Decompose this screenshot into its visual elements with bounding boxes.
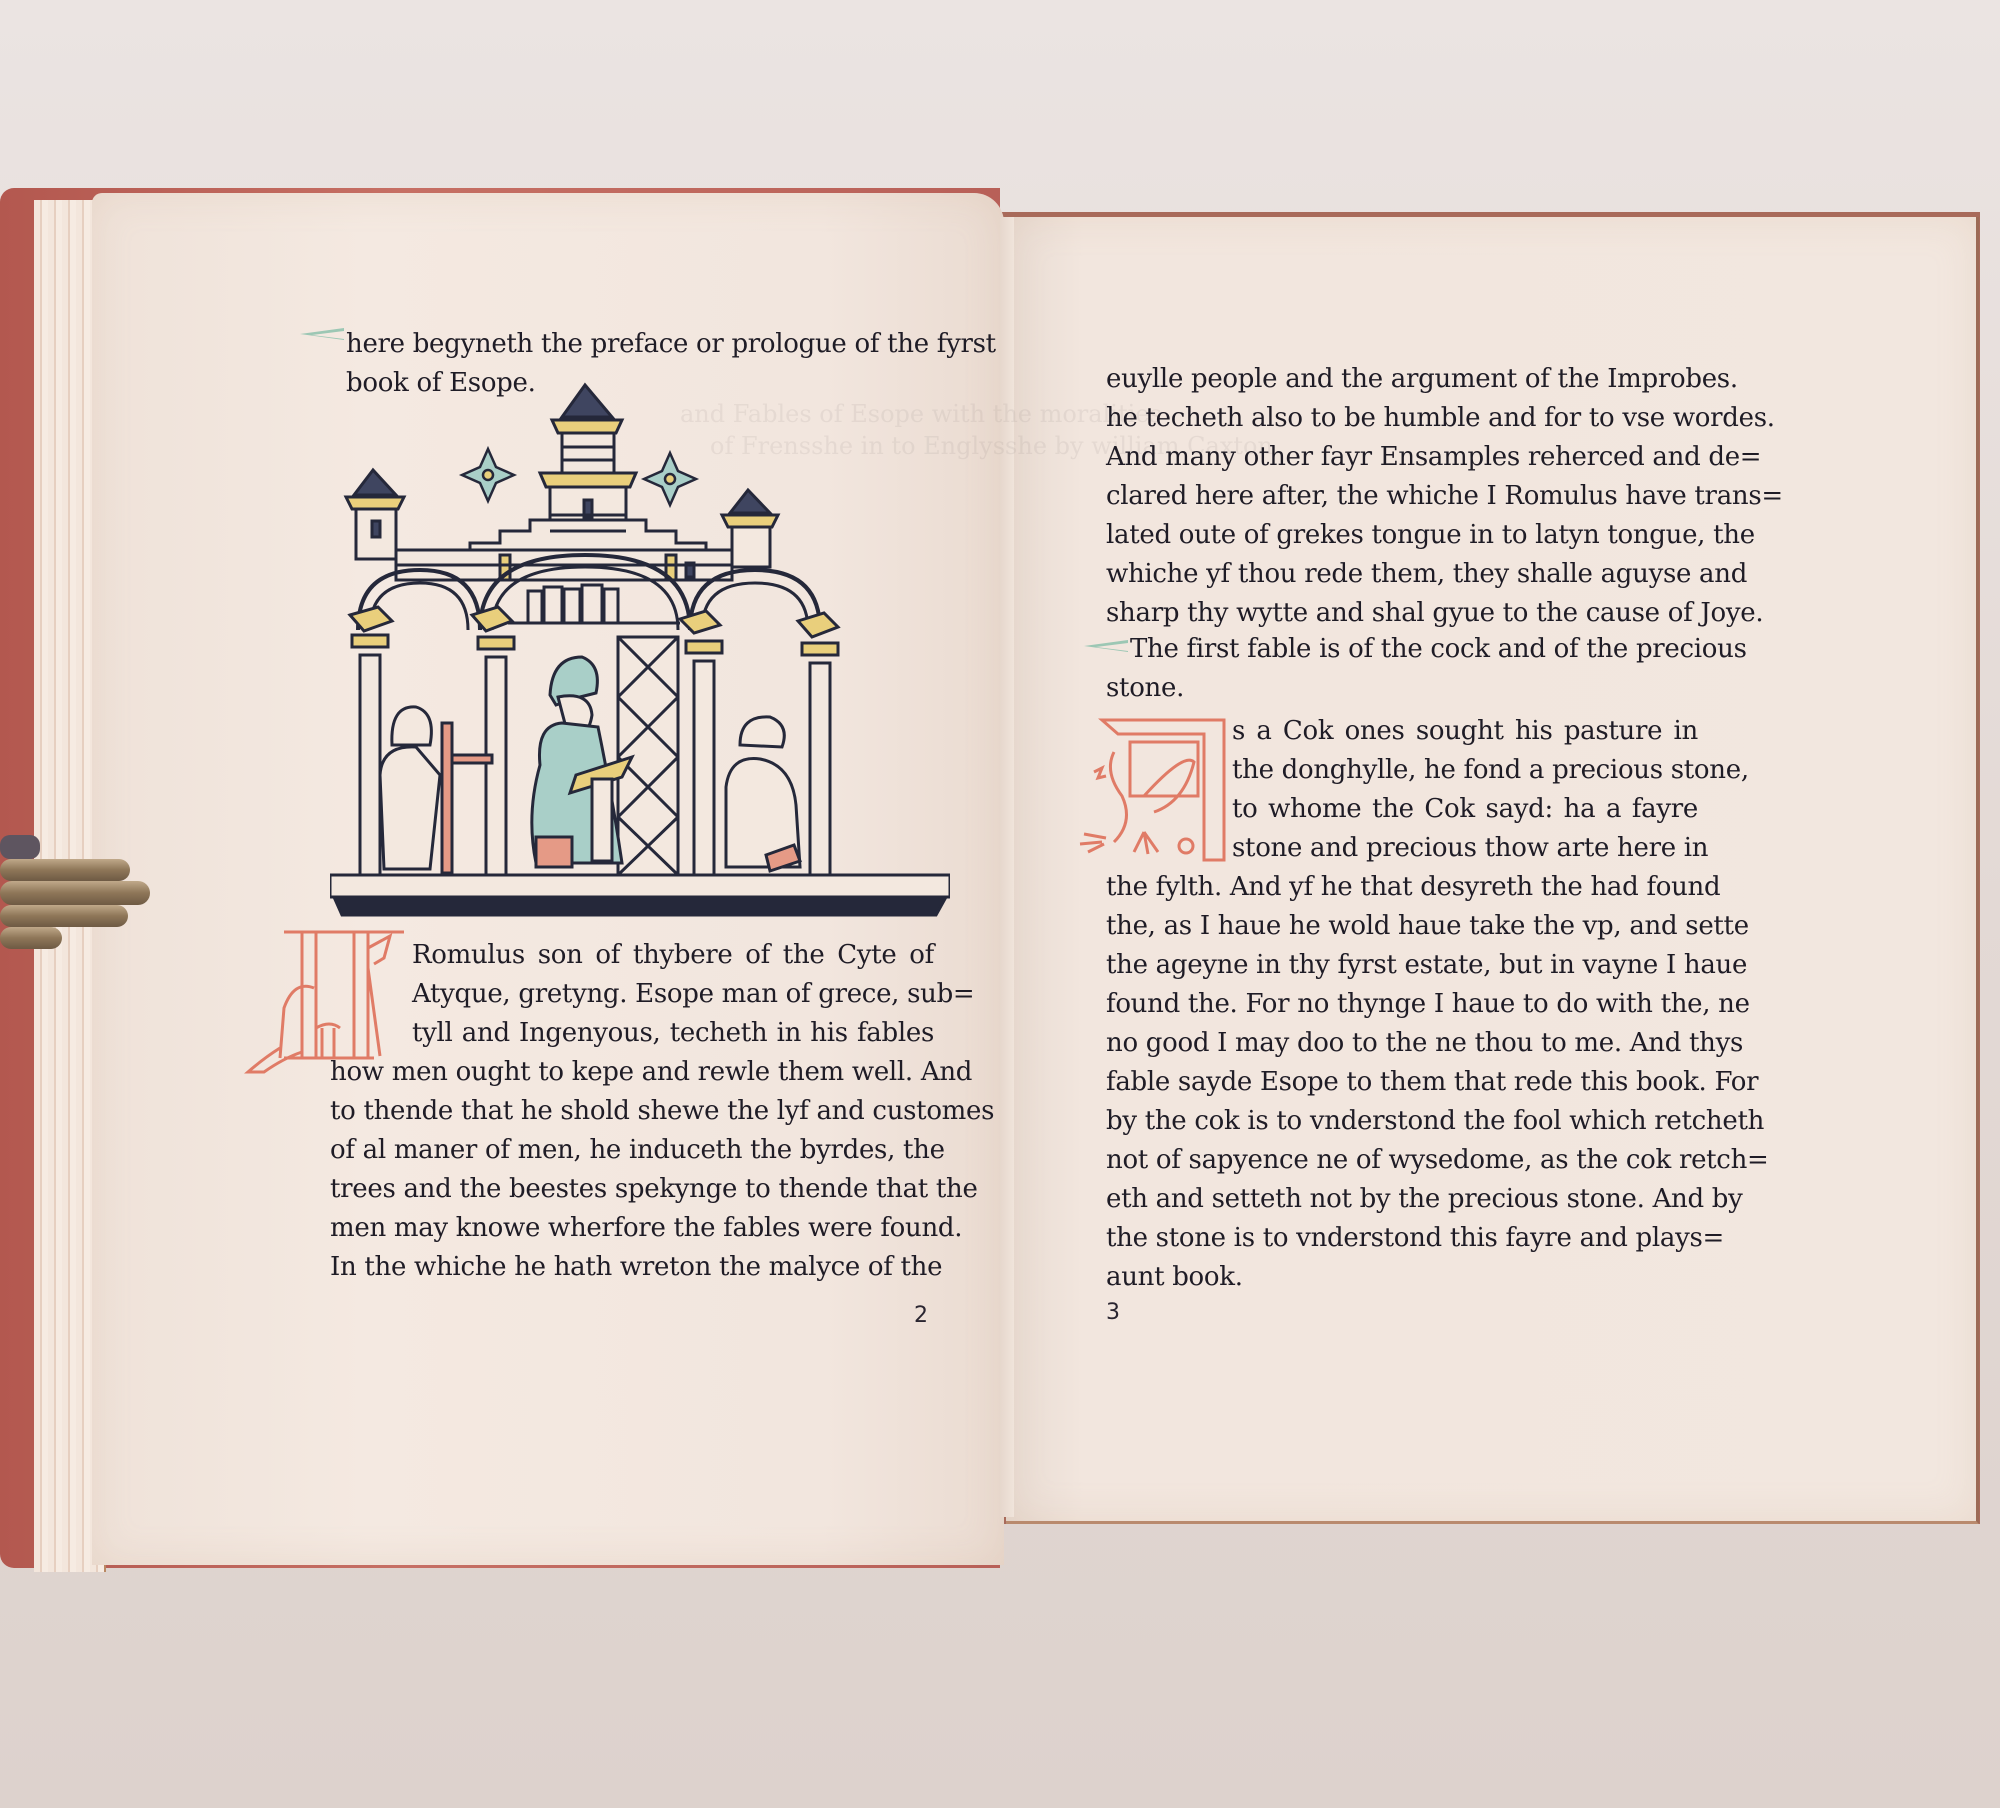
text-line: to thende that he shold shewe the lyf an… [330, 1092, 934, 1131]
fable-paragraph-indented: s a Cok ones sought his pasture in the d… [1232, 712, 1698, 868]
text-line: s a Cok ones sought his pasture in [1232, 712, 1698, 751]
text-line: of al maner of men, he induceth the byrd… [330, 1131, 934, 1170]
text-line: men may knowe wherfore the fables were f… [330, 1209, 934, 1248]
text-line: Atyque, gretyng. Esope man of grece, sub… [412, 975, 934, 1014]
prologue-continuation: euylle people and the argument of the Im… [1106, 360, 1698, 633]
romulus-paragraph: how men ought to kepe and rewle them wel… [330, 1053, 934, 1287]
text-line: trees and the beestes spekynge to thende… [330, 1170, 934, 1209]
text-line: the donghylle, he fond a precious stone, [1232, 751, 1698, 790]
page-number-left: 2 [914, 1303, 928, 1328]
text-line: And many other fayr Ensamples reherced a… [1106, 438, 1698, 477]
page-clip [0, 835, 160, 975]
text-line: In the whiche he hath wreton the malyce … [330, 1248, 934, 1287]
text-line: to whome the Cok sayd: ha a fayre [1232, 790, 1698, 829]
text-line: the, as I haue he wold haue take the vp,… [1106, 907, 1698, 946]
text-line: clared here after, the whiche I Romulus … [1106, 477, 1698, 516]
text-line: fable sayde Esope to them that rede this… [1106, 1063, 1698, 1102]
fable-paragraph: the fylth. And yf he that desyreth the h… [1106, 868, 1698, 1297]
text-line: tyll and Ingenyous, techeth in his fable… [412, 1014, 934, 1053]
text-line: eth and setteth not by the precious ston… [1106, 1180, 1698, 1219]
text-line: sharp thy wytte and shal gyue to the cau… [1106, 594, 1698, 633]
metal-clip-icon [0, 835, 160, 975]
text-line: the fylth. And yf he that desyreth the h… [1106, 868, 1698, 907]
page-number-right: 3 [1106, 1300, 1120, 1325]
woodcut-illustration [330, 375, 950, 925]
text-line: the ageyne in thy fyrst estate, but in v… [1106, 946, 1698, 985]
fable-title: The first fable is of the cock and of th… [1106, 630, 1698, 708]
text-line: lated oute of grekes tongue in to latyn … [1106, 516, 1698, 555]
heading-line: here begyneth the preface or prologue of… [346, 325, 944, 364]
cock-initial-icon [1074, 712, 1234, 862]
text-line: the stone is to vnderstond this fayre an… [1106, 1219, 1698, 1258]
text-line: aunt book. [1106, 1258, 1698, 1297]
castle-scholars-illustration [330, 375, 950, 925]
romulus-paragraph-indented: Romulus son of thybere of the Cyte of At… [412, 936, 934, 1053]
text-line: no good I may doo to the ne thou to me. … [1106, 1024, 1698, 1063]
text-line: he techeth also to be humble and for to … [1106, 399, 1698, 438]
text-line: euylle people and the argument of the Im… [1106, 360, 1698, 399]
text-line: found the. For no thynge I haue to do wi… [1106, 985, 1698, 1024]
text-line: not of sapyence ne of wysedome, as the c… [1106, 1141, 1698, 1180]
text-line: by the cok is to vnderstond the fool whi… [1106, 1102, 1698, 1141]
text-line: The first fable is of the cock and of th… [1106, 630, 1698, 669]
text-line: Romulus son of thybere of the Cyte of [412, 936, 934, 975]
decorated-initial-a [1074, 712, 1234, 866]
text-line: stone and precious thow arte here in [1232, 829, 1698, 868]
text-line: whiche yf thou rede them, they shalle ag… [1106, 555, 1698, 594]
text-line: stone. [1106, 669, 1698, 708]
paragraph-marker-icon [300, 328, 340, 340]
text-line: how men ought to kepe and rewle them wel… [330, 1053, 934, 1092]
